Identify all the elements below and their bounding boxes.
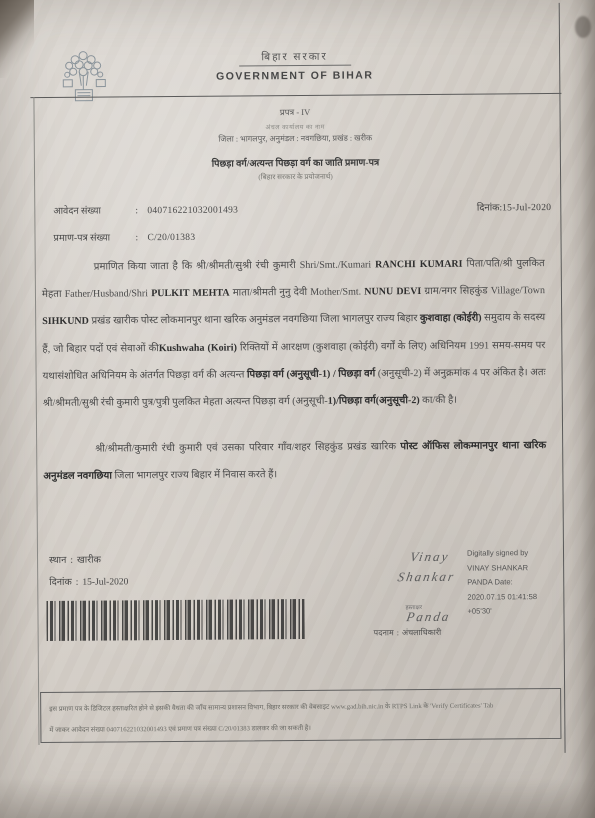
signature-line: Vinay	[389, 547, 470, 568]
signoff-date-row: दिनांक:15-Jul-2020	[49, 574, 128, 588]
footer-line-1: इस प्रमाण पत्र के डिजिटल हस्ताक्षरित होन…	[49, 695, 552, 720]
category-schedule-text: 1)/पिछड़ा वर्ग(अनुसूची-2)	[328, 395, 420, 407]
place-value: खारीक	[77, 556, 101, 566]
certificate-subtitle: (बिहार सरकार के प्रयोजनार्थ)	[0, 170, 593, 185]
application-number-value: 040716221032001493	[147, 205, 238, 216]
application-number-label: आवेदन संख्या	[53, 203, 135, 217]
village-name-english: SIHKUND	[42, 316, 89, 327]
body-text: जिला भागलपुर राज्य बिहार में निवास करते …	[112, 470, 277, 482]
certificate-number-value: C/20/01383	[147, 233, 195, 243]
date-value: 15-Jul-2020	[502, 203, 551, 213]
certificate-number-row: प्रमाण-पत्र संख्या:C/20/01383	[53, 230, 195, 244]
place-label: स्थान	[49, 556, 66, 566]
district-subdivision-block-line: जिला : भागलपुर, अनुमंडल : नवगछिया, प्रखं…	[0, 131, 593, 147]
body-text: माता/श्रीमती नुनु देवी Mother/Smt.	[229, 287, 364, 299]
designation-row: पदनाम:अंचलाधिकारी	[374, 627, 442, 639]
designation-value: अंचलाधिकारी	[402, 628, 441, 637]
colon: :	[72, 578, 83, 588]
colon: :	[135, 233, 147, 243]
place-row: स्थान:खारीक	[49, 553, 101, 566]
verification-footer-box: इस प्रमाण पत्र के डिजिटल हस्ताक्षरित होन…	[40, 688, 561, 743]
issue-date-row: दिनांक:15-Jul-2020	[477, 200, 552, 214]
digital-signature-text: Digitally signed by VINAY SHANKAR PANDA …	[467, 546, 546, 619]
body-text: ग्राम/नगर सिहकुंड Village/Town	[421, 285, 545, 297]
colon: :	[66, 556, 77, 566]
scanned-certificate-page: { "colon": ":", "header": { "govt_hi": "…	[0, 0, 595, 818]
body-text: प्रमाणित किया जाता है कि श्री/श्रीमती/सु…	[94, 259, 375, 272]
barcode	[46, 599, 304, 641]
page-border-left	[33, 97, 39, 745]
designation-label: पदनाम	[374, 628, 394, 637]
caste-name-hindi: कुशवाहा (कोईरी)	[420, 313, 482, 324]
signature-line: Panda	[388, 609, 469, 626]
signoff-date-label: दिनांक	[49, 578, 72, 588]
caste-name-english: Kushwaha (Koiri)	[159, 342, 237, 354]
officer-signature-script: Panda	[388, 609, 469, 626]
certificate-body: प्रमाणित किया जाता है कि श्री/श्रीमती/सु…	[42, 250, 547, 491]
header-underline	[239, 65, 351, 67]
body-text: श्री/श्रीमती/कुमारी रंची कुमारी एवं उसका…	[95, 441, 400, 454]
footer-line-2: में जाकर आवेदन संख्या 040716221032001493…	[49, 716, 552, 741]
certificate-number-label: प्रमाण-पत्र संख्या	[53, 230, 135, 244]
date-label: दिनांक	[477, 203, 500, 213]
holder-name-english: RANCHI KUMARI	[375, 259, 462, 271]
body-text: प्रखंड खारीक पोस्ट लोकमानपुर थाना खरिक अ…	[89, 313, 420, 327]
category-schedule-text: पिछड़ा वर्ग (अनुसूची-1) / पिछड़ा वर्ग	[247, 368, 375, 380]
father-name-english: PULKIT MEHTA	[151, 288, 229, 300]
officer-signature-script: Vinay Shankar	[386, 547, 471, 588]
body-paragraph-2: श्री/श्रीमती/कुमारी रंची कुमारी एवं उसका…	[43, 432, 546, 490]
application-number-row: आवेदन संख्या:040716221032001493	[53, 202, 238, 216]
mother-name-english: NUNU DEVI	[364, 286, 421, 297]
colon: :	[135, 206, 147, 216]
signoff-date-value: 15-Jul-2020	[82, 577, 128, 587]
body-paragraph-1: प्रमाणित किया जाता है कि श्री/श्रीमती/सु…	[42, 250, 546, 417]
certificate-content: बिहार सरकार GOVERNMENT OF BIHAR प्रपत्र …	[0, 0, 595, 818]
signature-line: Shankar	[386, 567, 467, 588]
certificate-title: पिछड़ा वर्ग/अत्यन्त पिछड़ा वर्ग का जाति …	[0, 154, 593, 172]
body-text: का/की है।	[420, 395, 458, 406]
